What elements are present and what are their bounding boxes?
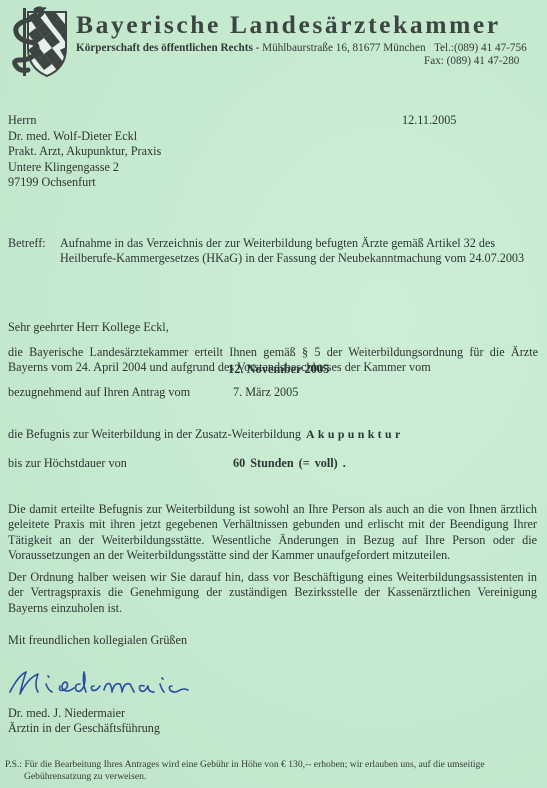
recipient-line: 97199 Ochsenfurt	[8, 175, 161, 191]
closing-greeting: Mit freundlichen kollegialen Grüßen	[8, 633, 187, 648]
request-date: 7. März 2005	[233, 385, 298, 400]
recipient-address: Herrn Dr. med. Wolf-Dieter Eckl Prakt. A…	[8, 113, 161, 191]
letter-date: 12.11.2005	[402, 113, 456, 128]
authorization-scope-label: die Befugnis zur Weiterbildung in der Zu…	[8, 427, 301, 442]
subject-label: Betreff:	[8, 236, 46, 251]
request-label: bezugnehmend auf Ihren Antrag vom	[8, 385, 190, 400]
decision-date: 12. November 2005	[228, 362, 329, 377]
separator: -	[253, 42, 262, 54]
postscript-line: P.S.: Für die Bearbeitung Ihres Antrages…	[5, 759, 485, 770]
organization-name: Bayerische Landesärztekammer	[76, 10, 501, 40]
organization-phone: Tel.:(089) 41 47-756	[434, 42, 527, 54]
postscript: P.S.: Für die Bearbeitung Ihres Antrages…	[5, 759, 485, 784]
recipient-line: Herrn	[8, 113, 161, 129]
organization-address: Mühlbaurstraße 16, 81677 München	[262, 42, 425, 54]
recipient-line: Untere Klingengasse 2	[8, 160, 161, 176]
subject-text: Aufnahme in das Verzeichnis der zur Weit…	[60, 236, 524, 266]
recipient-line: Dr. med. Wolf-Dieter Eckl	[8, 129, 161, 145]
authorization-scope-value: Akupunktur	[306, 427, 404, 442]
postscript-line: Gebührensatzung zu verweisen.	[5, 771, 485, 783]
signature-icon	[8, 668, 198, 698]
duration-label: bis zur Höchstdauer von	[8, 456, 127, 471]
coat-of-arms-logo-icon	[6, 2, 68, 78]
organization-address-line: Körperschaft des öffentlichen Rechts - M…	[76, 42, 527, 54]
subject-line: Heilberufe-Kammergesetzes (HKaG) in der …	[60, 251, 524, 266]
signer-name: Dr. med. J. Niedermaier	[8, 706, 125, 721]
subject-line: Aufnahme in das Verzeichnis der zur Weit…	[60, 236, 524, 251]
signer-role: Ärztin in der Geschäftsführung	[8, 721, 160, 736]
notice-paragraph: Der Ordnung halber weisen wir Sie darauf…	[8, 570, 537, 616]
conditions-paragraph: Die damit erteilte Befugnis zur Weiterbi…	[8, 502, 537, 564]
organization-type: Körperschaft des öffentlichen Rechts	[76, 42, 253, 54]
organization-fax: Fax: (089) 41 47-280	[424, 55, 519, 67]
recipient-line: Prakt. Arzt, Akupunktur, Praxis	[8, 144, 161, 160]
salutation: Sehr geehrter Herr Kollege Eckl,	[8, 320, 169, 335]
duration-value: 60 Stunden (= voll) .	[233, 456, 346, 471]
